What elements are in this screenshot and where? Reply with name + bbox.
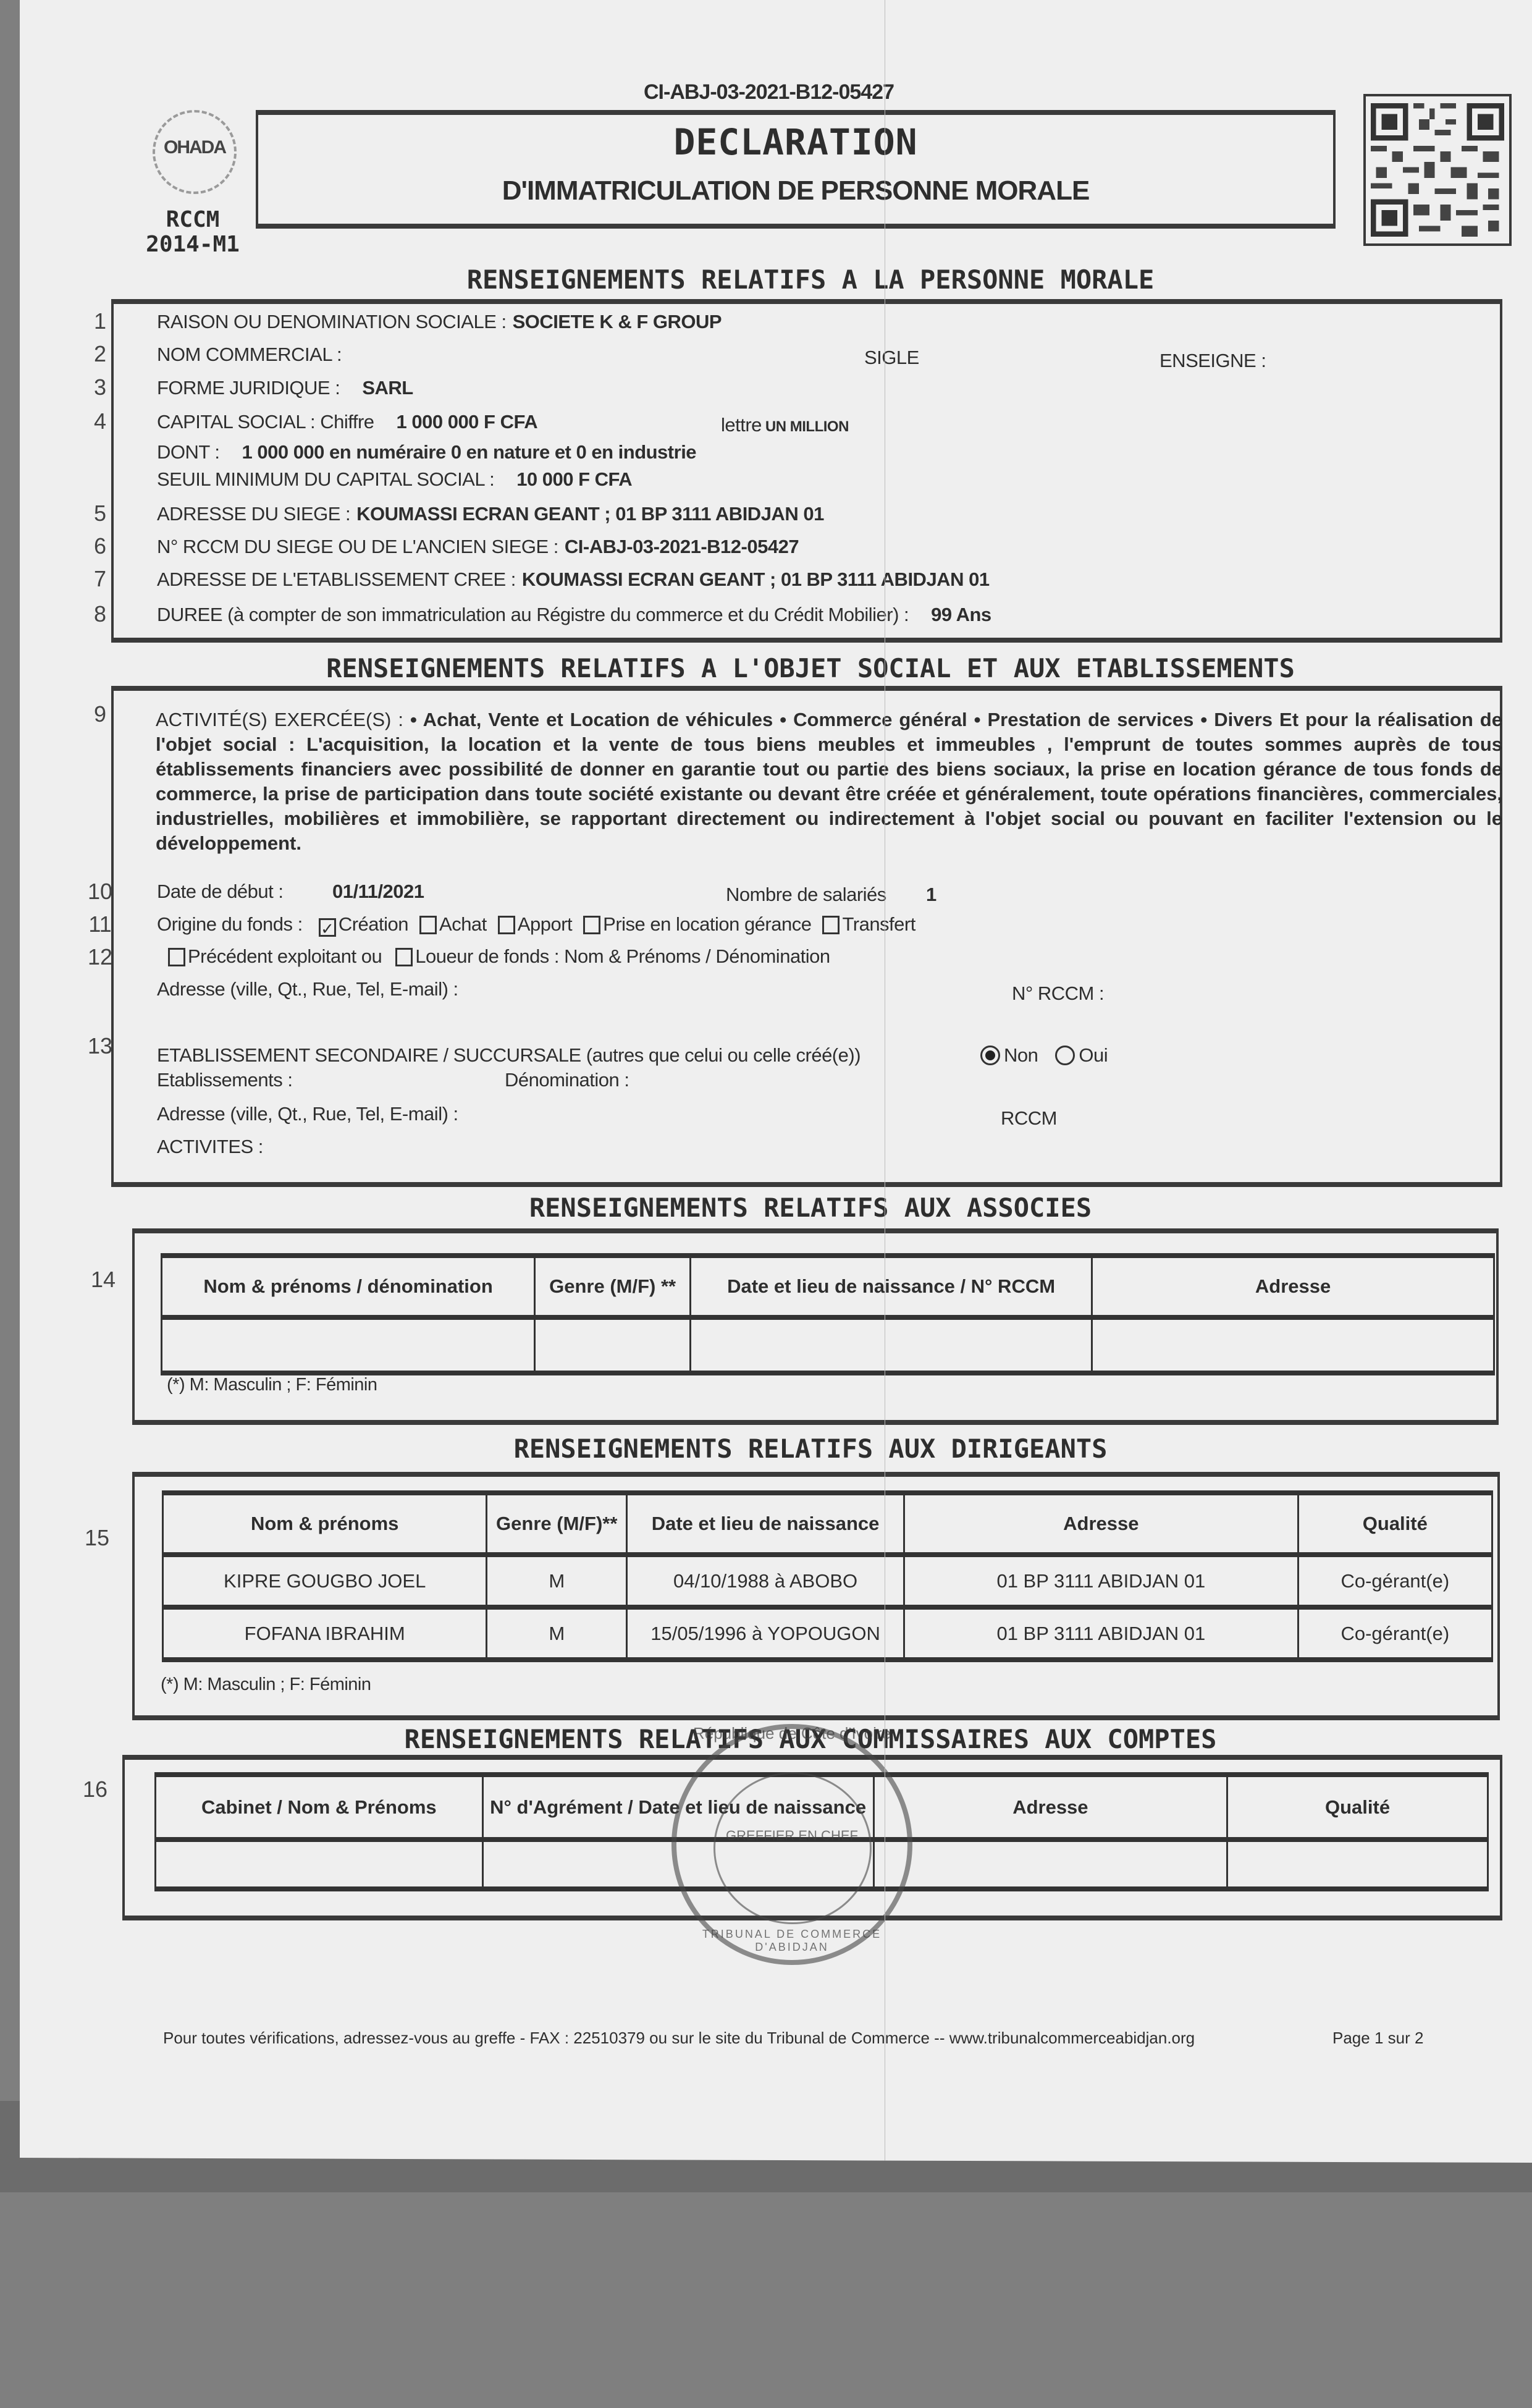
table-cell <box>1092 1317 1494 1373</box>
checkbox-option[interactable]: Achat <box>419 913 487 935</box>
salaries-label: Nombre de salariés <box>726 884 886 906</box>
form-code: RCCM 2014-M1 <box>143 208 242 257</box>
associes-table: Nom & prénoms / dénominationGenre (M/F) … <box>161 1253 1495 1375</box>
row-number: 4 <box>82 408 119 434</box>
field-row: CAPITAL SOCIAL : Chiffre1 000 000 F CFA <box>157 411 537 433</box>
column-header: Adresse <box>904 1493 1298 1555</box>
dirigeants-table: Nom & prénomsGenre (M/F)**Date et lieu d… <box>162 1490 1493 1662</box>
field-label: ADRESSE DE L'ETABLISSEMENT CREE : <box>157 568 516 590</box>
field-row: ADRESSE DE L'ETABLISSEMENT CREE :KOUMASS… <box>157 568 990 591</box>
field-value: 1 000 000 en numéraire 0 en nature et 0 … <box>242 441 697 463</box>
checkbox-option[interactable]: Précédent exploitant ou <box>168 945 382 967</box>
field-row: ADRESSE DU SIEGE :KOUMASSI ECRAN GEANT ;… <box>157 503 824 525</box>
origine-label: Origine du fonds : <box>157 913 303 935</box>
checkbox-empty-icon[interactable] <box>395 948 413 966</box>
lettre-value: UN MILLION <box>765 418 849 435</box>
field-value: SARL <box>362 377 413 399</box>
activites-label: ACTIVITES : <box>157 1136 263 1158</box>
radio-label: Non <box>1004 1044 1038 1066</box>
etablissements-label: Etablissements : <box>157 1069 292 1091</box>
row-number: 13 <box>82 1033 119 1059</box>
checkbox-empty-icon[interactable] <box>583 916 600 934</box>
column-header: Genre (M/F) ** <box>535 1256 691 1317</box>
enseigne-label: ENSEIGNE : <box>1160 350 1266 372</box>
capital-lettre: lettreUN MILLION <box>721 414 849 436</box>
court-stamp: République de Côte d'Ivoire GREFFIER EN … <box>671 1724 912 1965</box>
checkbox-empty-icon[interactable] <box>168 948 185 966</box>
field-row: DONT :1 000 000 en numéraire 0 en nature… <box>157 441 696 463</box>
denomination-label: Dénomination : <box>505 1069 629 1091</box>
field-row: DUREE (à compter de son immatriculation … <box>157 604 991 626</box>
activities-label: ACTIVITÉ(S) EXERCÉE(S) : <box>156 709 403 730</box>
lettre-label: lettre <box>721 414 762 436</box>
secondaire-label: ETABLISSEMENT SECONDAIRE / SUCCURSALE (a… <box>157 1044 861 1067</box>
column-header: Adresse <box>1092 1256 1494 1317</box>
field-label: DONT : <box>157 441 220 463</box>
field-row: NOM COMMERCIAL : <box>157 344 348 366</box>
table-cell: 15/05/1996 à YOPOUGON <box>627 1607 904 1660</box>
table-cell: KIPRE GOUGBO JOEL <box>163 1555 487 1607</box>
table-cell: Co-gérant(e) <box>1298 1607 1492 1660</box>
table-cell: M <box>487 1607 627 1660</box>
table-cell <box>535 1317 691 1373</box>
field-value: KOUMASSI ECRAN GEANT ; 01 BP 3111 ABIDJA… <box>356 503 824 525</box>
origine-options: ✓CréationAchatApportPrise en location gé… <box>308 913 915 935</box>
checkbox-option[interactable]: Apport <box>498 913 572 935</box>
table-cell <box>1227 1840 1488 1889</box>
column-header: Qualité <box>1298 1493 1492 1555</box>
column-header: Qualité <box>1227 1775 1488 1840</box>
reference-number: CI-ABJ-03-2021-B12-05427 <box>644 80 894 104</box>
field-label: CAPITAL SOCIAL : Chiffre <box>157 411 374 433</box>
table-header-row: Nom & prénomsGenre (M/F)**Date et lieu d… <box>163 1493 1492 1555</box>
field-row: FORME JURIDIQUE :SARL <box>157 377 413 399</box>
field-value: SOCIETE K & F GROUP <box>513 311 722 332</box>
document-title: DECLARATION <box>258 121 1333 163</box>
table-cell: 04/10/1988 à ABOBO <box>627 1555 904 1607</box>
stamp-top-text: République de Côte d'Ivoire <box>676 1724 907 1743</box>
document-page: CI-ABJ-03-2021-B12-05427 OHADA RCCM 2014… <box>20 0 1532 2163</box>
radio-selected-icon[interactable] <box>980 1046 1000 1065</box>
column-header: Date et lieu de naissance <box>627 1493 904 1555</box>
table-cell: Co-gérant(e) <box>1298 1555 1492 1607</box>
checkbox-empty-icon[interactable] <box>419 916 437 934</box>
table-row: KIPRE GOUGBO JOELM04/10/1988 à ABOBO01 B… <box>163 1555 1492 1607</box>
ohada-logo: OHADA <box>153 110 237 194</box>
field-value: KOUMASSI ECRAN GEANT ; 01 BP 3111 ABIDJA… <box>522 568 990 590</box>
table-cell <box>156 1840 483 1889</box>
stamp-middle-text: GREFFIER EN CHEF <box>676 1828 907 1844</box>
row-number: 12 <box>82 944 119 970</box>
table-cell <box>873 1840 1227 1889</box>
footer-text: Pour toutes vérifications, adressez-vous… <box>163 2029 1195 2048</box>
form-code-line1: RCCM <box>143 208 242 232</box>
row-number: 11 <box>82 911 119 937</box>
section-title-associes: RENSEIGNEMENTS RELATIFS AUX ASSOCIES <box>20 1193 1532 1223</box>
checkbox-empty-icon[interactable] <box>822 916 840 934</box>
page-number: Page 1 sur 2 <box>1332 2029 1423 2048</box>
row-number: 6 <box>82 533 119 559</box>
activities-text: ACTIVITÉ(S) EXERCÉE(S) : • Achat, Vente … <box>156 708 1502 856</box>
coat-of-arms-icon <box>713 1772 872 1924</box>
field-label: DUREE (à compter de son immatriculation … <box>157 604 909 625</box>
field-row: RAISON OU DENOMINATION SOCIALE :SOCIETE … <box>157 311 722 333</box>
field-value: CI-ABJ-03-2021-B12-05427 <box>565 536 799 557</box>
row-number: 14 <box>85 1267 122 1293</box>
checkbox-empty-icon[interactable] <box>498 916 515 934</box>
table-cell: FOFANA IBRAHIM <box>163 1607 487 1660</box>
row-number: 9 <box>82 701 119 727</box>
table-cell <box>162 1317 535 1373</box>
table-cell: 01 BP 3111 ABIDJAN 01 <box>904 1607 1298 1660</box>
checkbox-option[interactable]: Transfert <box>822 913 915 935</box>
secondaire-options: NonOui <box>980 1044 1125 1067</box>
column-header: Genre (M/F)** <box>487 1493 627 1555</box>
radio-empty-icon[interactable] <box>1055 1046 1075 1065</box>
checkbox-label: Loueur de fonds : Nom & Prénoms / Dénomi… <box>415 945 830 967</box>
checkbox-label: Précédent exploitant ou <box>188 945 382 967</box>
ohada-logo-text: OHADA <box>155 137 234 158</box>
checkbox-label: Achat <box>439 913 487 935</box>
adresse-secondaire-label: Adresse (ville, Qt., Rue, Tel, E-mail) : <box>157 1103 458 1125</box>
column-header: Nom & prénoms / dénomination <box>162 1256 535 1317</box>
row-number: 3 <box>82 374 119 400</box>
field-label: NOM COMMERCIAL : <box>157 344 342 365</box>
rccm-secondaire-label: RCCM <box>1001 1107 1057 1130</box>
checkbox-label: Apport <box>518 913 572 935</box>
row-number: 16 <box>77 1776 114 1802</box>
dirigeants-note: (*) M: Masculin ; F: Féminin <box>161 1675 371 1695</box>
field-label: RAISON OU DENOMINATION SOCIALE : <box>157 311 507 332</box>
checkbox-option[interactable]: Prise en location gérance <box>583 913 811 935</box>
precedent-options: Précédent exploitant ouLoueur de fonds :… <box>157 945 830 968</box>
origine-fonds: Origine du fonds : ✓CréationAchatApportP… <box>157 913 915 937</box>
section-title-dirigeants: RENSEIGNEMENTS RELATIFS AUX DIRIGEANTS <box>20 1434 1532 1464</box>
checkbox-option[interactable]: Loueur de fonds : Nom & Prénoms / Dénomi… <box>395 945 830 967</box>
sigle-label: SIGLE <box>864 347 919 369</box>
table-row <box>162 1317 1494 1373</box>
row-number: 8 <box>82 601 119 627</box>
table-cell: M <box>487 1555 627 1607</box>
field-label: SEUIL MINIMUM DU CAPITAL SOCIAL : <box>157 468 494 490</box>
field-value: 1 000 000 F CFA <box>397 411 538 433</box>
qr-code-icon <box>1363 94 1512 246</box>
title-box: DECLARATION D'IMMATRICULATION DE PERSONN… <box>256 110 1336 229</box>
salaries-value: 1 <box>926 884 936 906</box>
field-value: 99 Ans <box>931 604 991 625</box>
checkbox-label: Prise en location gérance <box>603 913 811 935</box>
field-value: 10 000 F CFA <box>516 468 632 490</box>
table-header-row: Nom & prénoms / dénominationGenre (M/F) … <box>162 1256 1494 1317</box>
row-number: 1 <box>82 308 119 334</box>
field-label: ADRESSE DU SIEGE : <box>157 503 350 525</box>
section-title-personne-morale: RENSEIGNEMENTS RELATIFS A LA PERSONNE MO… <box>20 264 1532 295</box>
section-title-objet-social: RENSEIGNEMENTS RELATIFS A L'OBJET SOCIAL… <box>20 653 1532 683</box>
column-header: Date et lieu de naissance / N° RCCM <box>691 1256 1092 1317</box>
radio-label: Oui <box>1079 1044 1108 1066</box>
date-debut-label: Date de début : <box>157 881 284 903</box>
row-number: 7 <box>82 566 119 592</box>
field-label: N° RCCM DU SIEGE OU DE L'ANCIEN SIEGE : <box>157 536 558 557</box>
stamp-bottom-text: TRIBUNAL DE COMMERCE D'ABIDJAN <box>676 1928 907 1954</box>
table-cell <box>691 1317 1092 1373</box>
associes-note: (*) M: Masculin ; F: Féminin <box>167 1375 377 1395</box>
row-number: 2 <box>82 341 119 367</box>
checkbox-label: Transfert <box>842 913 915 935</box>
date-debut-value: 01/11/2021 <box>332 881 424 903</box>
form-code-line2: 2014-M1 <box>143 232 242 257</box>
radio-option[interactable]: Oui <box>1055 1044 1108 1066</box>
document-subtitle: D'IMMATRICULATION DE PERSONNE MORALE <box>258 175 1333 206</box>
checkbox-checked-icon[interactable]: ✓ <box>319 918 336 937</box>
field-row: N° RCCM DU SIEGE OU DE L'ANCIEN SIEGE :C… <box>157 536 799 558</box>
row-number: 10 <box>82 879 119 905</box>
adresse-label: Adresse (ville, Qt., Rue, Tel, E-mail) : <box>157 978 458 1000</box>
column-header: Cabinet / Nom & Prénoms <box>156 1775 483 1840</box>
row-number: 15 <box>78 1525 116 1551</box>
activities-value: • Achat, Vente et Location de véhicules … <box>156 709 1502 854</box>
table-cell: 01 BP 3111 ABIDJAN 01 <box>904 1555 1298 1607</box>
column-header: Adresse <box>873 1775 1227 1840</box>
radio-option[interactable]: Non <box>980 1044 1038 1066</box>
checkbox-label: Création <box>339 913 408 935</box>
checkbox-option[interactable]: ✓Création <box>319 913 408 935</box>
field-label: FORME JURIDIQUE : <box>157 377 340 399</box>
rccm-label: N° RCCM : <box>1012 982 1104 1005</box>
field-row: SEUIL MINIMUM DU CAPITAL SOCIAL :10 000 … <box>157 468 632 491</box>
table-row: FOFANA IBRAHIMM15/05/1996 à YOPOUGON01 B… <box>163 1607 1492 1660</box>
column-header: Nom & prénoms <box>163 1493 487 1555</box>
row-number: 5 <box>82 501 119 526</box>
